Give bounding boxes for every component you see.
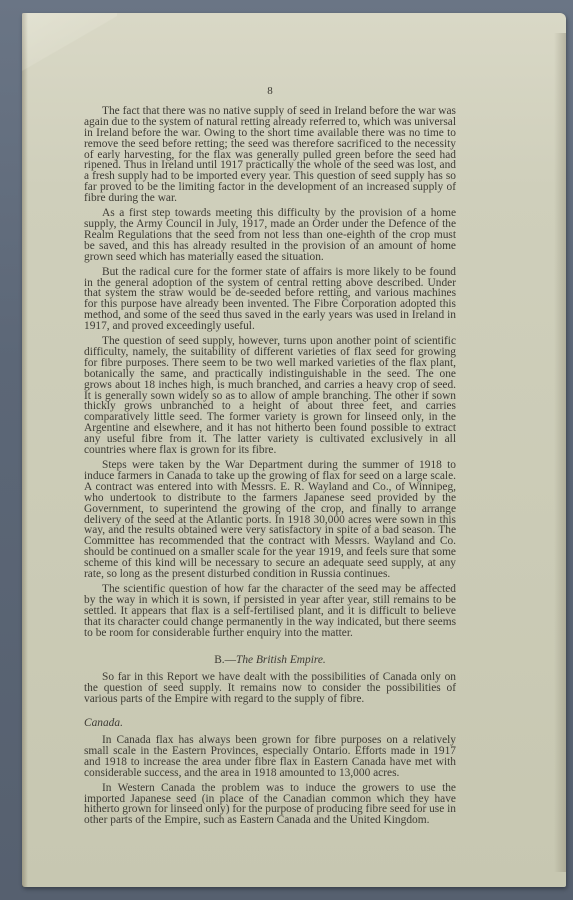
- paragraph: In Canada flax has always been grown for…: [84, 735, 456, 779]
- paragraph: The question of seed supply, however, tu…: [84, 336, 456, 456]
- subheading-canada: Canada.: [84, 718, 456, 729]
- page-number: 8: [84, 86, 456, 97]
- page-content: 8 The fact that there was no native supp…: [84, 86, 456, 830]
- section-intro: So far in this Report we have dealt with…: [84, 672, 456, 705]
- paragraph: The scientific question of how far the c…: [84, 584, 456, 639]
- paragraph: But the radical cure for the former stat…: [84, 267, 456, 332]
- paragraph: As a first step towards meeting this dif…: [84, 208, 456, 263]
- paragraph: Steps were taken by the War Department d…: [84, 460, 456, 580]
- section-heading: B.—The British Empire.: [84, 655, 456, 666]
- section-heading-title: The British Empire.: [236, 654, 326, 666]
- paragraph: In Western Canada the problem was to ind…: [84, 783, 456, 827]
- paragraph: The fact that there was no native supply…: [84, 106, 456, 204]
- section-heading-prefix: B.—: [214, 654, 236, 666]
- page-corner-fold: [22, 13, 117, 73]
